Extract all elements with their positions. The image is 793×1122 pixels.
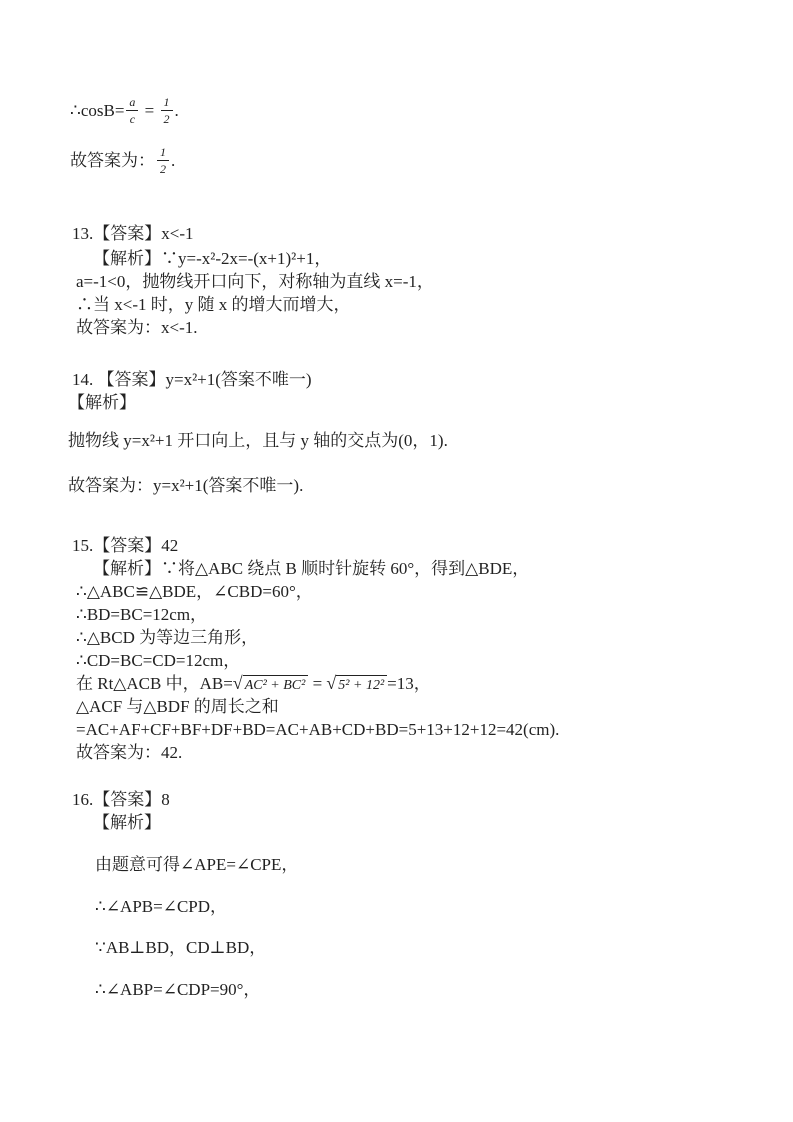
q16-solution-paragraph: ∴∠APB=∠CPD， <box>95 895 793 918</box>
radical-sign: √ <box>326 673 336 693</box>
q15-solution-line: 【解析】∵将△ABC 绕点 B 顺时针旋转 60°，得到△BDE， <box>93 557 793 580</box>
q13-solution-line: a=-1<0，抛物线开口向下，对称轴为直线 x=-1， <box>76 270 793 293</box>
period: . <box>175 101 179 120</box>
answer-prefix: 故答案为： <box>70 151 155 170</box>
q14-jiexi-label: 【解析】 <box>68 391 793 414</box>
q15-answer-line: 15.【答案】42 <box>72 534 793 557</box>
q15-solution-line: ∴△ABC≌△BDE，∠CBD=60°， <box>76 580 793 603</box>
fraction-numerator: 1 <box>157 146 169 161</box>
fraction-one-half: 12 <box>161 96 173 125</box>
square-root-expression: √AC² + BC² <box>233 674 309 693</box>
q16-solution-paragraph: ∵AB⊥BD，CD⊥BD， <box>95 936 793 959</box>
cosb-prefix: ∴cosB= <box>70 101 124 120</box>
q13-solution-line: 故答案为：x<-1. <box>76 316 793 339</box>
q13-answer-line: 13.【答案】x<-1 <box>72 222 793 245</box>
q13-solution-line: 【解析】∵y=-x²-2x=-(x+1)²+1， <box>93 247 793 270</box>
radicand: AC² + BC² <box>243 675 309 695</box>
sqrt-line-prefix: 在 Rt△ACB 中，AB= <box>76 674 233 693</box>
q16-solution-paragraph: ∴∠ABP=∠CDP=90°， <box>95 978 793 1001</box>
q15-solution-line: △ACF 与△BDF 的周长之和 <box>76 695 793 718</box>
q14-solution-paragraph: 抛物线 y=x²+1 开口向上，且与 y 轴的交点为(0，1). <box>68 429 793 452</box>
q13-solution-line: ∴当 x<-1 时，y 随 x 的增大而增大， <box>76 293 793 316</box>
q16-jiexi-label: 【解析】 <box>93 811 793 834</box>
q15-solution-line: 故答案为：42. <box>76 741 793 764</box>
fraction-denominator: 2 <box>161 111 173 125</box>
fraction-a-over-c: ac <box>126 96 138 125</box>
fraction-numerator: a <box>126 96 138 111</box>
cosb-formula-line: ∴cosB=ac = 12. <box>70 94 793 128</box>
q15-solution-line: ∴△BCD 为等边三角形， <box>76 626 793 649</box>
q15-solution-line: =AC+AF+CF+BF+DF+BD=AC+AB+CD+BD=5+13+12+1… <box>76 718 793 741</box>
q15-solution-line: ∴BD=BC=12cm， <box>76 603 793 626</box>
q15-sqrt-line: 在 Rt△ACB 中，AB=√AC² + BC² = √5² + 12²=13， <box>76 672 793 695</box>
fraction-numerator: 1 <box>161 96 173 111</box>
q16-answer-line: 16.【答案】8 <box>72 788 793 811</box>
period: . <box>171 151 175 170</box>
equals-sign: = <box>308 674 326 693</box>
square-root-expression: √5² + 12² <box>326 674 387 693</box>
fraction-one-half: 12 <box>157 146 169 175</box>
document-page: ∴cosB=ac = 12. 故答案为：12. 13.【答案】x<-1 【解析】… <box>0 0 793 1122</box>
fraction-denominator: c <box>126 111 138 125</box>
fraction-denominator: 2 <box>157 161 169 175</box>
q15-solution-line: ∴CD=BC=CD=12cm， <box>76 649 793 672</box>
q16-solution-paragraph: 由题意可得∠APE=∠CPE， <box>95 853 793 876</box>
radical-sign: √ <box>233 673 243 693</box>
radicand: 5² + 12² <box>336 675 387 695</box>
q14-answer-repeat-paragraph: 故答案为：y=x²+1(答案不唯一). <box>68 474 793 497</box>
q14-answer-line: 14. 【答案】y=x²+1(答案不唯一) <box>72 368 793 391</box>
sqrt-line-suffix: =13， <box>387 674 431 693</box>
equals-sign: = <box>140 101 158 120</box>
intro-answer-line: 故答案为：12. <box>70 144 793 178</box>
